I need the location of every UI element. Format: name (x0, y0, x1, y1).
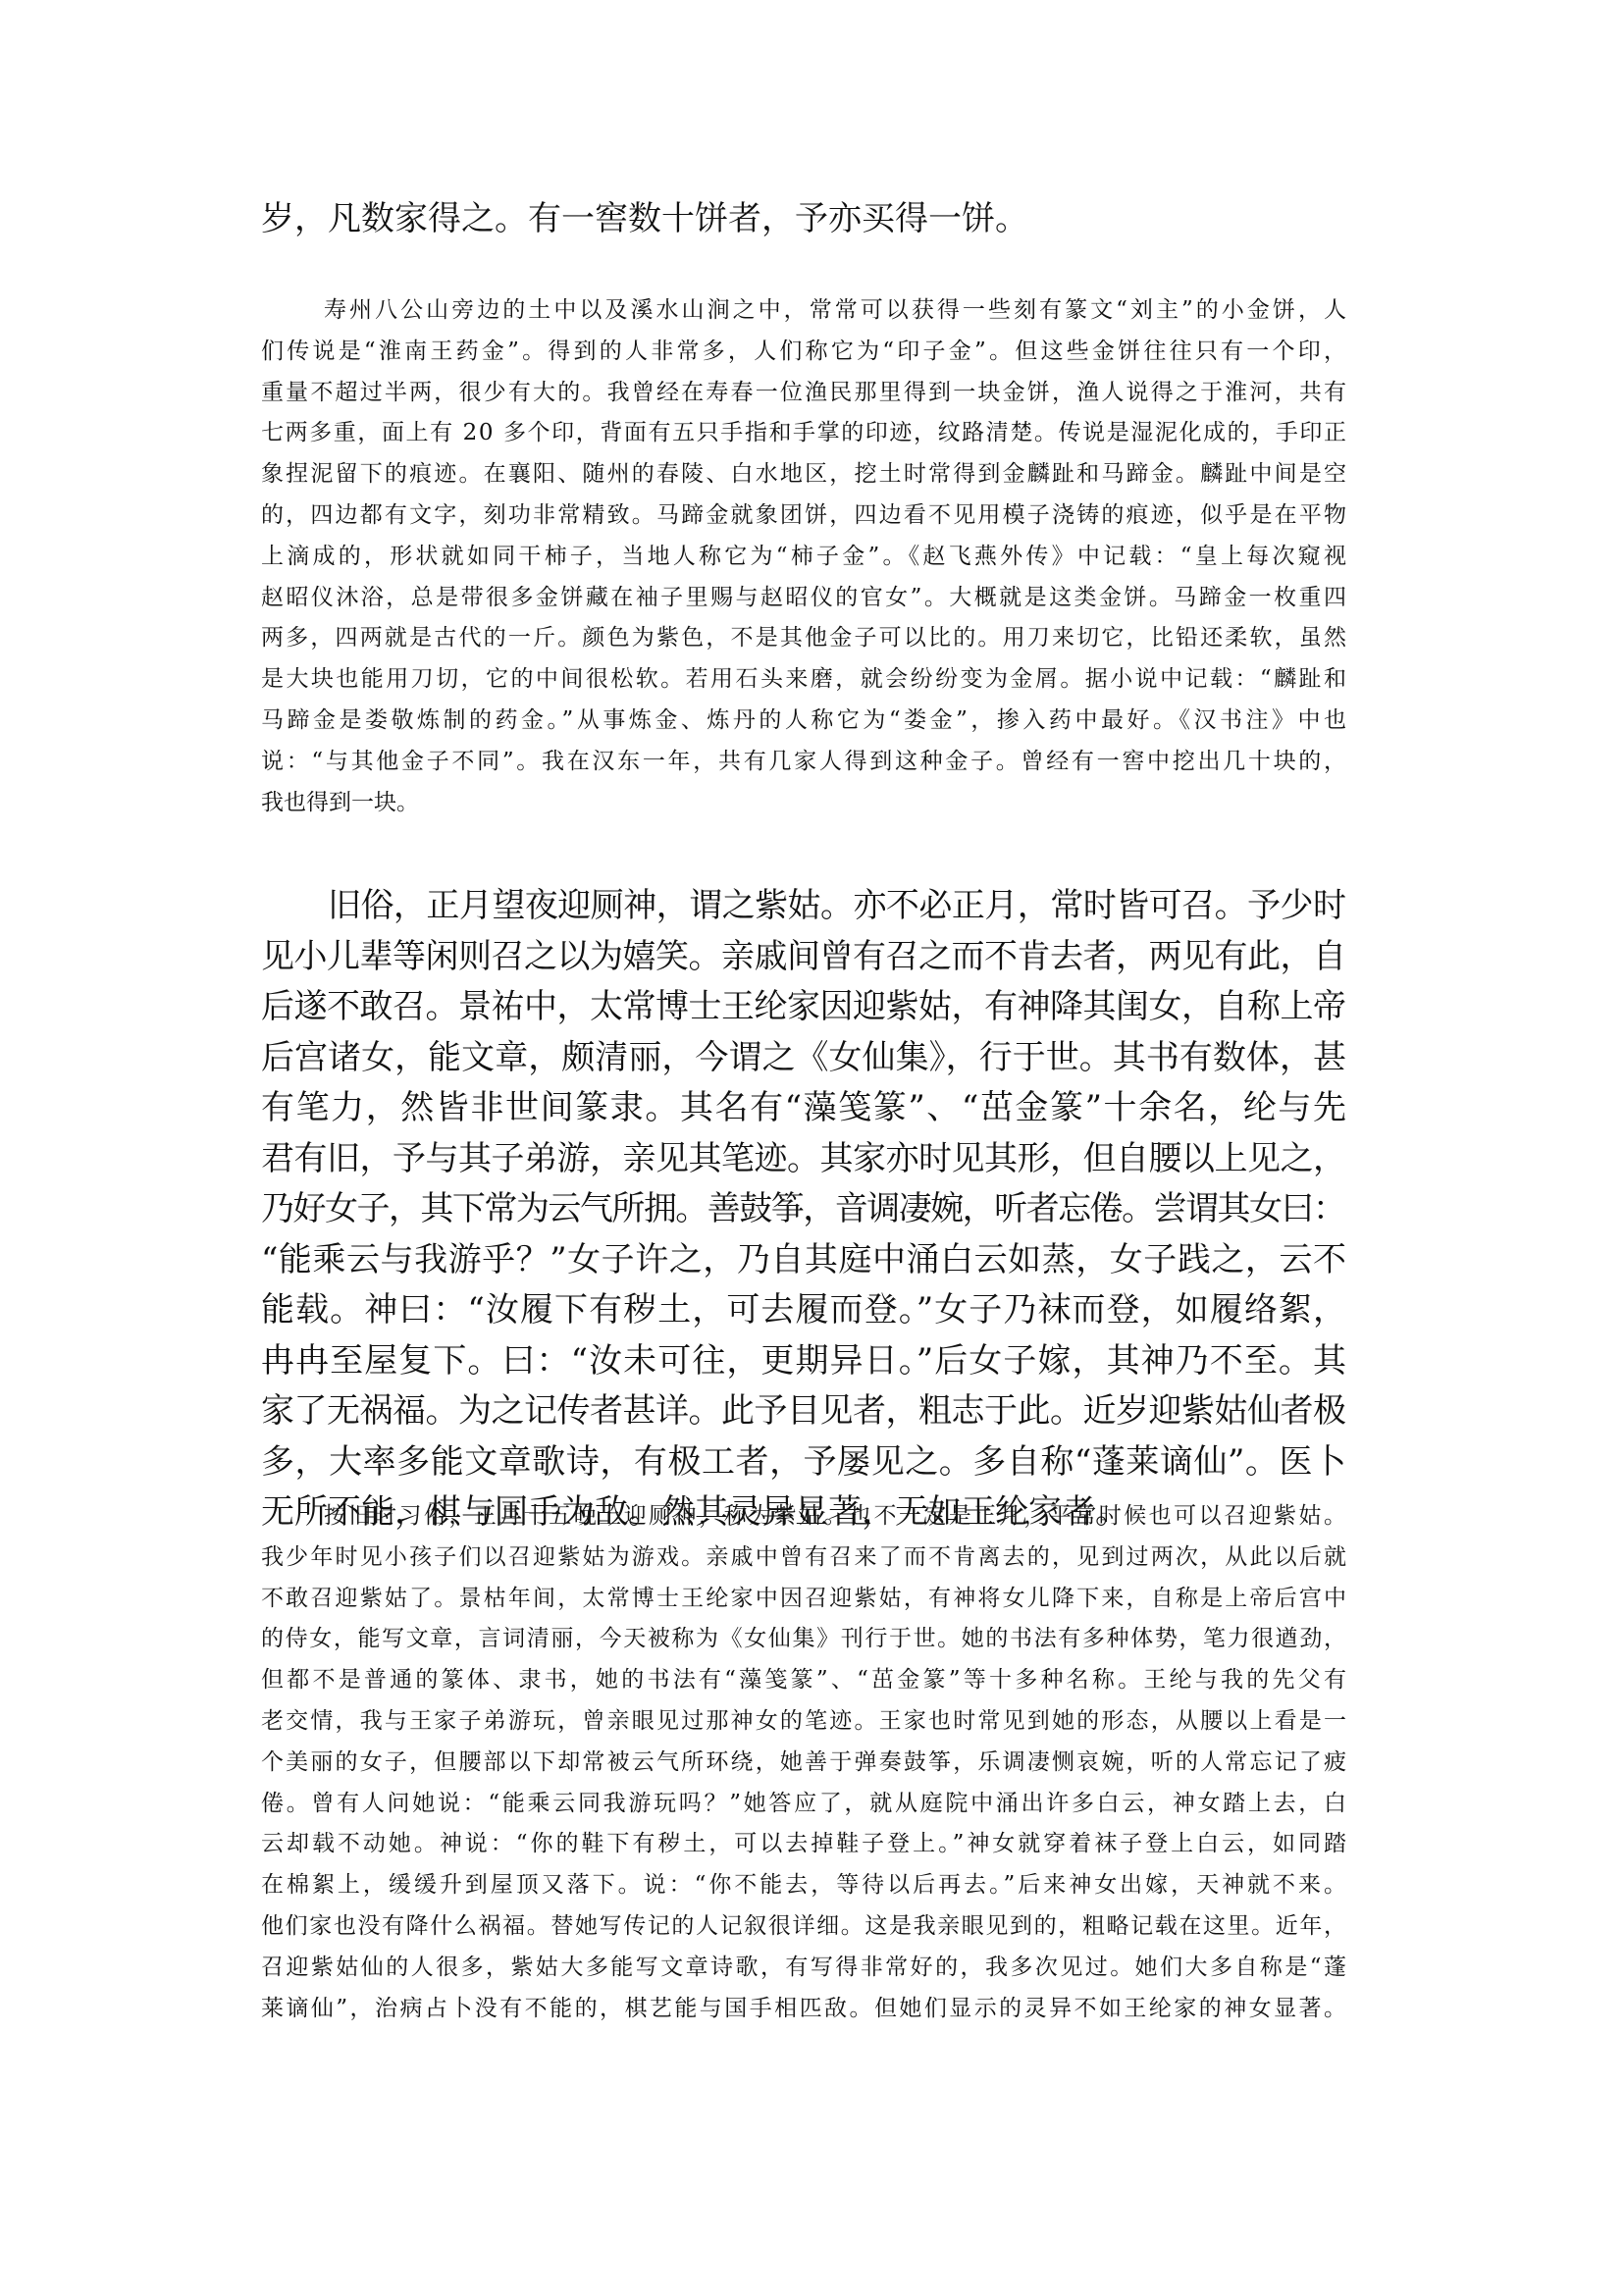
text-line: 两多，四两就是古代的一斤。颜色为紫色，不是其他金子可以比的。用刀来切它，比铅还柔… (261, 618, 1346, 659)
text-line: “能乘云与我游乎？”女子许之，乃自其庭中涌白云如蒸，女子践之，云不 (261, 1235, 1346, 1286)
text-line: 见小儿辈等闲则召之以为嬉笑。亲戚间曾有召之而不肯去者，两见有此，自 (261, 932, 1346, 983)
translation-paragraph-zigu: 按旧时习俗，正月十五晚上迎厕神，称为紫姑。也不一定是正月，平常时候也可以召迎紫姑… (261, 1496, 1346, 2029)
text-line: 的，四边都有文字，刻功非常精致。马蹄金就象团饼，四边看不见用模子浇铸的痕迹，似乎… (261, 495, 1346, 537)
text-line: 按旧时习俗，正月十五晚上迎厕神，称为紫姑。也不一定是正月，平常时候也可以召迎紫姑… (261, 1496, 1346, 1538)
text-line: 我也得到一块。 (261, 783, 1346, 824)
text-line: 赵昭仪沐浴，总是带很多金饼藏在袖子里赐与赵昭仪的官女”。大概就是这类金饼。马蹄金… (261, 578, 1346, 619)
text-line: 乃好女子，其下常为云气所拥。善鼓筝，音调凄婉，听者忘倦。尝谓其女曰： (261, 1184, 1346, 1235)
text-line: 君有旧，予与其子弟游，亲见其笔迹。其家亦时见其形，但自腰以上见之， (261, 1134, 1346, 1185)
text-line: 象捏泥留下的痕迹。在襄阳、随州的春陵、白水地区，挖土时常得到金麟趾和马蹄金。麟趾… (261, 454, 1346, 495)
text-line: 在棉絮上，缓缓升到屋顶又落下。说：“你不能去，等待以后再去。”后来神女出嫁，天神… (261, 1865, 1346, 1906)
translation-paragraph-gold: 寿州八公山旁边的土中以及溪水山涧之中，常常可以获得一些刻有篆文“刘主”的小金饼，… (261, 290, 1346, 823)
original-text-fragment: 岁，凡数家得之。有一窖数十饼者，予亦买得一饼。 (261, 194, 1346, 245)
text-line: 后遂不敢召。景祐中，太常博士王纶家因迎紫姑，有神降其闺女，自称上帝 (261, 982, 1346, 1033)
text-line: 云却载不动她。神说：“你的鞋下有秽土，可以去掉鞋子登上。”神女就穿着袜子登上白云… (261, 1824, 1346, 1865)
original-paragraph-zigu: 旧俗，正月望夜迎厕神，谓之紫姑。亦不必正月，常时皆可召。予少时 见小儿辈等闲则召… (261, 881, 1346, 1538)
text-line: 马蹄金是娄敬炼制的药金。”从事炼金、炼丹的人称它为“娄金”，掺入药中最好。《汉书… (261, 701, 1346, 742)
text-line: 的侍女，能写文章，言词清丽，今天被称为《女仙集》刊行于世。她的书法有多种体势，笔… (261, 1619, 1346, 1660)
text-line: 老交情，我与王家子弟游玩，曾亲眼见过那神女的笔迹。王家也时常见到她的形态，从腰以… (261, 1701, 1346, 1743)
text-line: 旧俗，正月望夜迎厕神，谓之紫姑。亦不必正月，常时皆可召。予少时 (261, 881, 1346, 932)
text-line: 是大块也能用刀切，它的中间很松软。若用石头来磨，就会纷纷变为金屑。据小说中记载：… (261, 659, 1346, 701)
text-line: 后宫诸女，能文章，颇清丽，今谓之《女仙集》，行于世。其书有数体，甚 (261, 1033, 1346, 1084)
text-line: 他们家也没有降什么祸福。替她写传记的人记叙很详细。这是我亲眼见到的，粗略记载在这… (261, 1906, 1346, 1948)
text-line: 我少年时见小孩子们以召迎紫姑为游戏。亲戚中曾有召来了而不肯离去的，见到过两次，从… (261, 1538, 1346, 1579)
text-line: 岁，凡数家得之。有一窖数十饼者，予亦买得一饼。 (261, 194, 1346, 245)
text-line: 不敢召迎紫姑了。景枯年间，太常博士王纶家中因召迎紫姑，有神将女儿降下来，自称是上… (261, 1579, 1346, 1620)
text-line: 多，大率多能文章歌诗，有极工者，予屡见之。多自称“蓬莱谪仙”。医卜 (261, 1437, 1346, 1488)
text-line: 有笔力，然皆非世间篆隶。其名有“藻笺篆”、“茁金篆”十余名，纶与先 (261, 1083, 1346, 1134)
text-line: 个美丽的女子，但腰部以下却常被云气所环绕，她善于弹奏鼓筝，乐调凄恻哀婉，听的人常… (261, 1743, 1346, 1784)
text-line: 倦。曾有人问她说：“能乘云同我游玩吗？”她答应了，就从庭院中涌出许多白云，神女踏… (261, 1784, 1346, 1825)
text-line: 寿州八公山旁边的土中以及溪水山涧之中，常常可以获得一些刻有篆文“刘主”的小金饼，… (261, 290, 1346, 332)
text-line: 但都不是普通的篆体、隶书，她的书法有“藻笺篆”、“茁金篆”等十多种名称。王纶与我… (261, 1660, 1346, 1701)
text-line: 们传说是“淮南王药金”。得到的人非常多，人们称它为“印子金”。但这些金饼往往只有… (261, 332, 1346, 373)
text-line: 家了无祸福。为之记传者甚详。此予目见者，粗志于此。近岁迎紫姑仙者极 (261, 1386, 1346, 1437)
text-line: 说：“与其他金子不同”。我在汉东一年，共有几家人得到这种金子。曾经有一窖中挖出几… (261, 742, 1346, 783)
text-line: 召迎紫姑仙的人很多，紫姑大多能写文章诗歌，有写得非常好的，我多次见过。她们大多自… (261, 1948, 1346, 1989)
text-line: 重量不超过半两，很少有大的。我曾经在寿春一位渔民那里得到一块金饼，渔人说得之于淮… (261, 373, 1346, 414)
text-line: 莱谪仙”，治病占卜没有不能的，棋艺能与国手相匹敌。但她们显示的灵异不如王纶家的神… (261, 1989, 1346, 2030)
text-line: 七两多重，面上有 20 多个印，背面有五只手指和手掌的印迹，纹路清楚。传说是湿泥… (261, 413, 1346, 454)
text-line: 上滴成的，形状就如同干柿子，当地人称它为“柿子金”。《赵飞燕外传》中记载：“皇上… (261, 537, 1346, 578)
text-line: 冉冉至屋复下。曰：“汝未可往，更期异日。”后女子嫁，其神乃不至。其 (261, 1336, 1346, 1387)
text-line: 能载。神曰：“汝履下有秽土，可去履而登。”女子乃袜而登，如履络絮， (261, 1285, 1346, 1336)
